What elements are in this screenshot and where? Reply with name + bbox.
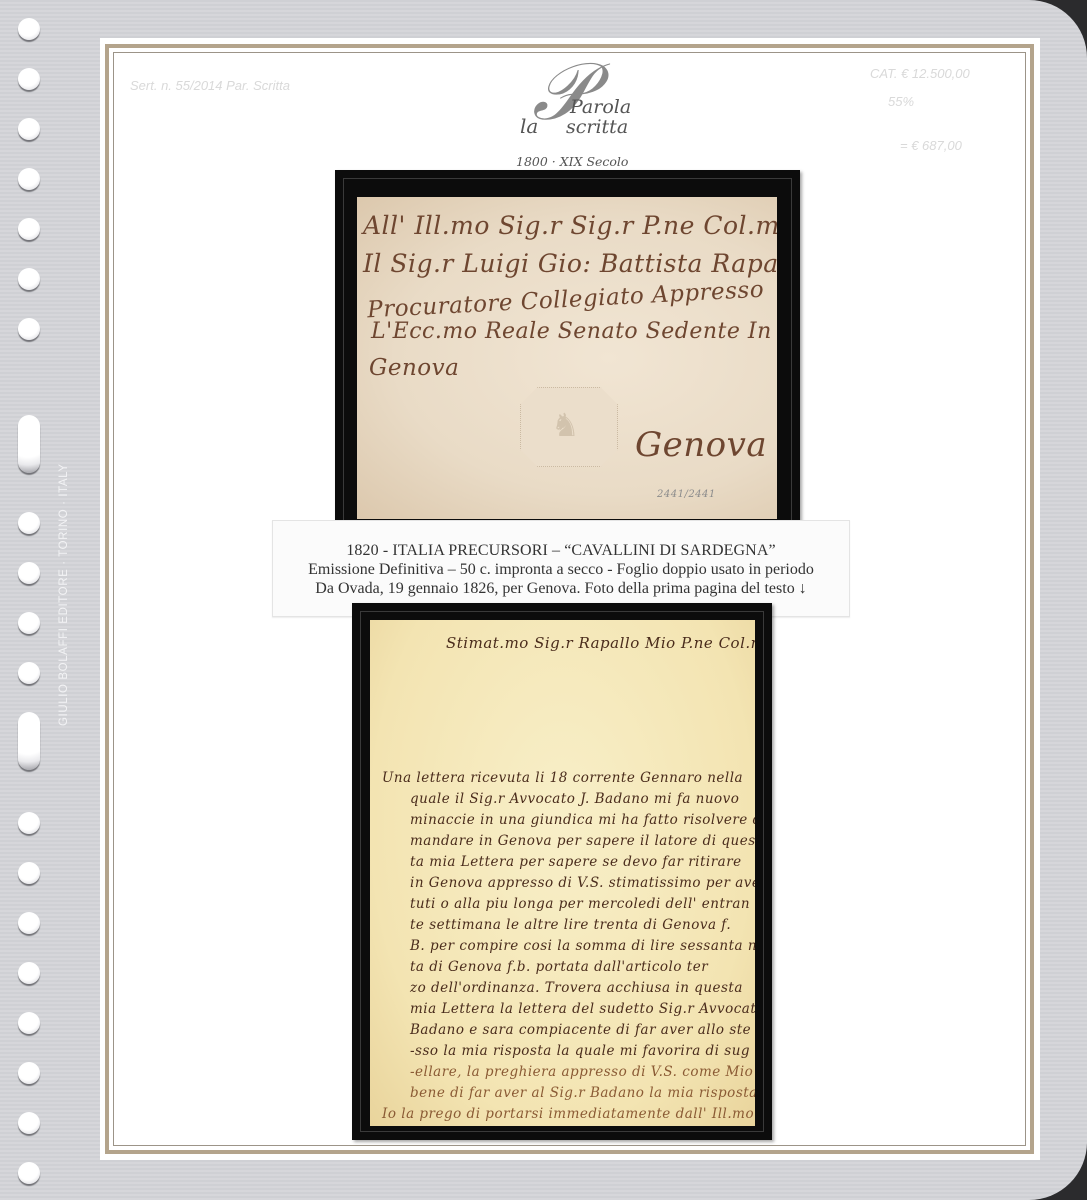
letter-line: Badano e sara compiacente di far aver al… [410,1022,751,1038]
binder-hole [18,118,40,140]
binder-hole [18,1062,40,1084]
letter-line: Una lettera ricevuta li 18 corrente Genn… [382,770,743,786]
publisher-imprint: GIULIO BOLAFFI EDITORE · TORINO · ITALY [58,463,70,726]
letter-line: quale il Sig.r Avvocato J. Badano mi fa … [410,791,739,807]
letter-line: -ellare, la preghiera appresso di V.S. c… [410,1064,753,1080]
embossed-cavallino-stamp: ♞ [520,387,618,467]
binder-hole [18,612,40,634]
binder-hole [18,168,40,190]
pencil-note-price: = € 687,00 [900,138,962,153]
logo-subtitle: 1800 · XIX Secolo [516,154,628,169]
letter-line: B. per compire cosi la somma di lire ses… [410,938,755,954]
logo-word-scritta: scritta [566,116,628,138]
envelope-cover: All' Ill.mo Sig.r Sig.r P.ne Col.mo Il S… [357,197,777,519]
letter-line: ta mia Lettera per sapere se devo far ri… [410,854,742,870]
binder-hole [18,18,40,40]
letter-salutation: Stimat.mo Sig.r Rapallo Mio P.ne Col.mo [446,634,755,652]
address-line-1: All' Ill.mo Sig.r Sig.r P.ne Col.mo [363,211,777,240]
pencil-reference: 2441/2441 [657,489,716,500]
pencil-note-percent: 55% [888,94,914,109]
letter-line: -sso la mia risposta la quale mi favorir… [410,1043,750,1059]
address-line-5: Genova [369,355,459,381]
binder-hole [18,862,40,884]
horse-rider-icon: ♞ [551,406,580,444]
letter-line: mia Lettera la lettera del sudetto Sig.r… [410,1001,755,1017]
album-sheet: GIULIO BOLAFFI EDITORE · TORINO · ITALY … [0,0,1087,1200]
caption-title: 1820 - ITALIA PRECURSORI – “CAVALLINI DI… [273,541,849,560]
binder-hole [18,662,40,684]
binder-hole [18,512,40,534]
destination-genova: Genova [635,425,767,465]
binder-slot [18,712,40,770]
letter-line: ta di Genova f.b. portata dall'articolo … [410,959,708,975]
binder-hole [18,912,40,934]
address-line-4: L'Ecc.mo Reale Senato Sedente In [371,319,772,344]
binder-hole [18,962,40,984]
logo-la-parola-scritta: 𝒫 la Parola scritta 1800 · XIX Secolo [508,58,638,173]
address-line-3: Procuratore Collegiato Appresso [367,277,765,324]
binder-hole [18,1112,40,1134]
letter-line: tuti o alla piu longa per mercoledi dell… [410,896,750,912]
letter-line: mandare in Genova per sapere il latore d… [410,833,755,849]
letter-line: in Genova appresso di V.S. stimatissimo … [410,875,755,891]
envelope-mount: All' Ill.mo Sig.r Sig.r P.ne Col.mo Il S… [335,170,800,536]
logo-article: la [520,114,538,138]
letter-line: Io la prego di portarsi immediatamente d… [382,1106,754,1122]
pencil-note-catalog: CAT. € 12.500,00 [870,66,970,81]
caption-description: Emissione Definitiva – 50 c. impronta a … [273,560,849,579]
letter-line: zo dell'ordinanza. Trovera acchiusa in q… [410,980,743,996]
binder-slot [18,415,40,473]
binder-hole [18,562,40,584]
logo-word-parola: Parola [570,96,631,118]
pencil-note-top-left: Sert. n. 55/2014 Par. Scritta [130,78,290,93]
letter-line: minaccie in una giundica mi ha fatto ris… [410,812,755,828]
letter-page: Stimat.mo Sig.r Rapallo Mio P.ne Col.mo … [370,620,755,1126]
binder-hole [18,812,40,834]
binder-hole [18,1162,40,1184]
letter-mount: Stimat.mo Sig.r Rapallo Mio P.ne Col.mo … [352,603,772,1140]
binder-hole [18,318,40,340]
letter-line: te settimana le altre lire trenta di Gen… [410,917,731,933]
binder-hole [18,218,40,240]
binder-hole [18,268,40,290]
letter-line: bene di far aver al Sig.r Badano la mia … [410,1085,755,1101]
binder-hole [18,68,40,90]
binder-hole [18,1012,40,1034]
binder-holes [0,0,60,1200]
album-page: Sert. n. 55/2014 Par. Scritta CAT. € 12.… [100,38,1040,1160]
address-line-2: Il Sig.r Luigi Gio: Battista Rapallo [363,249,777,278]
caption-origin: Da Ovada, 19 gennaio 1826, per Genova. F… [273,579,849,598]
